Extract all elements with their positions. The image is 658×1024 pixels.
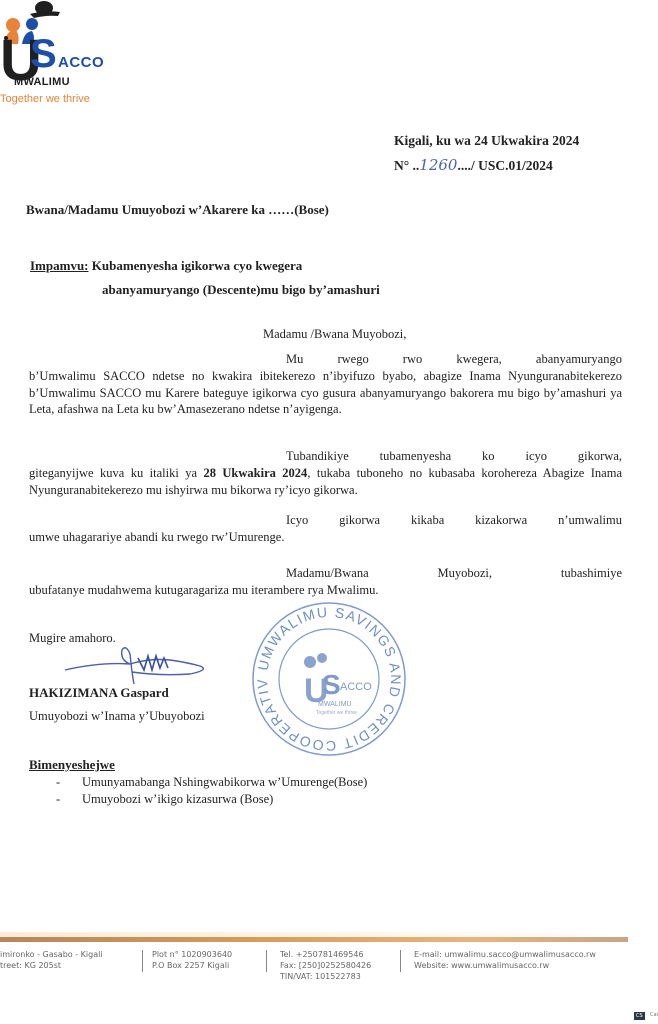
footer-email[interactable]: E-mail: umwalimu.sacco@umwalimusacco.rw <box>414 949 596 960</box>
copies-title: Bimenyeshejwe <box>29 757 115 773</box>
logo-tagline: Together we thrive <box>0 93 90 105</box>
signature-icon <box>60 640 220 690</box>
subject-label: Impamvu: <box>30 258 89 273</box>
footer-website[interactable]: Website: www.umwalimusacco.rw <box>414 960 596 971</box>
footer-po-box: P.O Box 2257 Kigali <box>152 960 232 971</box>
footer-online: E-mail: umwalimu.sacco@umwalimusacco.rw … <box>414 949 596 971</box>
footer-address: imironko - Gasabo - Kigali treet: KG 205… <box>0 949 103 971</box>
paragraph-4-first-line: Madamu/Bwana Muyobozi, tubashimiye <box>29 565 622 582</box>
paragraph-4: Madamu/Bwana Muyobozi, tubashimiye ubufa… <box>29 565 622 599</box>
subject-text-2: abanyamuryango (Descente)mu bigo by’amas… <box>102 282 380 298</box>
paragraph-1-first-line: Mu rwego rwo kwegera, abanyamuryango <box>29 351 622 368</box>
ref-prefix: N° .. <box>394 158 419 173</box>
paragraph-4-word-2: Muyobozi, <box>438 565 493 582</box>
paragraph-3-first-line: Icyo gikorwa kikaba kizakorwa n’umwalimu <box>29 512 622 529</box>
stamp-s: S <box>322 669 341 700</box>
paragraph-3: Icyo gikorwa kikaba kizakorwa n’umwalimu… <box>29 512 622 546</box>
paragraph-4-word-1: Madamu/Bwana <box>286 565 369 582</box>
footer-divider <box>266 950 267 972</box>
copies-list: Umunyamabanga Nshingwabikorwa w’Umurenge… <box>56 774 367 808</box>
copies-item: Umunyamabanga Nshingwabikorwa w’Umurenge… <box>56 774 367 791</box>
paragraph-2-rest-a: giteganyijwe kuva ku italiki ya <box>29 466 203 480</box>
paragraph-4-word-3: tubashimiye <box>561 565 622 582</box>
paragraph-1: Mu rwego rwo kwegera, abanyamuryango b’U… <box>29 351 622 418</box>
footer-divider <box>400 950 401 972</box>
sacco-logo: U S ACCO MWALIMU Together we thrive <box>0 0 130 110</box>
scanner-badge-tail: Car <box>650 1012 658 1018</box>
official-stamp: UMWALIMU SAVINGS AND CREDIT COOPERATIVE … <box>248 598 410 760</box>
ref-handwritten-number: 1260 <box>419 156 457 174</box>
logo-mwalimu: MWALIMU <box>14 76 70 88</box>
ref-suffix: ..../ USC.01/2024 <box>457 158 552 173</box>
event-date: 28 Ukwakira 2024 <box>203 466 307 480</box>
logo-acco: ACCO <box>58 54 104 71</box>
footer-tin: TIN/VAT: 101522783 <box>280 971 371 982</box>
signer-given-name: Gaspard <box>117 685 169 700</box>
stamp-acco: ACCO <box>340 681 372 693</box>
footer-contacts: Tel. +250781469546 Fax: [250]0252580426 … <box>280 949 371 982</box>
footer-divider <box>142 950 143 972</box>
footer-plot: Plot n° 1020903640 P.O Box 2257 Kigali <box>152 949 232 971</box>
footer-stripe <box>0 937 628 942</box>
subject-text-1: Kubamenyesha igikorwa cyo kwegera <box>89 258 303 273</box>
signer-surname: HAKIZIMANA <box>29 685 117 700</box>
addressee: Bwana/Madamu Umuyobozi w’Akarere ka ……(B… <box>26 202 329 218</box>
paragraph-3-rest: umwe uhagarariye abandi ku rwego rw’Umur… <box>29 530 284 544</box>
salutation: Madamu /Bwana Muyobozi, <box>263 327 406 342</box>
copies-item: Umuyobozi w’ikigo kizasurwa (Bose) <box>56 791 367 808</box>
scanner-badge-icon: CS <box>634 1012 645 1020</box>
footer-plot-number: Plot n° 1020903640 <box>152 949 232 960</box>
paragraph-2-first-line: Tubandikiye tubamenyesha ko icyo gikorwa… <box>29 448 622 465</box>
stamp-mwalimu: MWALIMU <box>318 701 352 708</box>
signer-title: Umuyobozi w’Inama y’Ubuyobozi <box>29 709 205 724</box>
logo-letter-s: S <box>30 34 57 74</box>
reference-number: N° ..1260..../ USC.01/2024 <box>394 156 553 174</box>
paragraph-4-rest: ubufatanye mudahwema kutugaragariza mu i… <box>29 583 379 597</box>
subject-line: Impamvu: Kubamenyesha igikorwa cyo kwege… <box>30 258 302 274</box>
footer-address-line-1: imironko - Gasabo - Kigali <box>0 949 103 960</box>
footer-address-line-2: treet: KG 205st <box>0 960 103 971</box>
paragraph-1-rest: b’Umwalimu SACCO ndetse no kwakira ibite… <box>29 369 622 417</box>
footer-fax: Fax: [250]0252580426 <box>280 960 371 971</box>
footer-tel: Tel. +250781469546 <box>280 949 371 960</box>
signer-name: HAKIZIMANA Gaspard <box>29 685 169 701</box>
paragraph-2: Tubandikiye tubamenyesha ko icyo gikorwa… <box>29 448 622 498</box>
stamp-tagline: Together we thrive <box>316 710 357 716</box>
letter-date: Kigali, ku wa 24 Ukwakira 2024 <box>394 133 579 149</box>
